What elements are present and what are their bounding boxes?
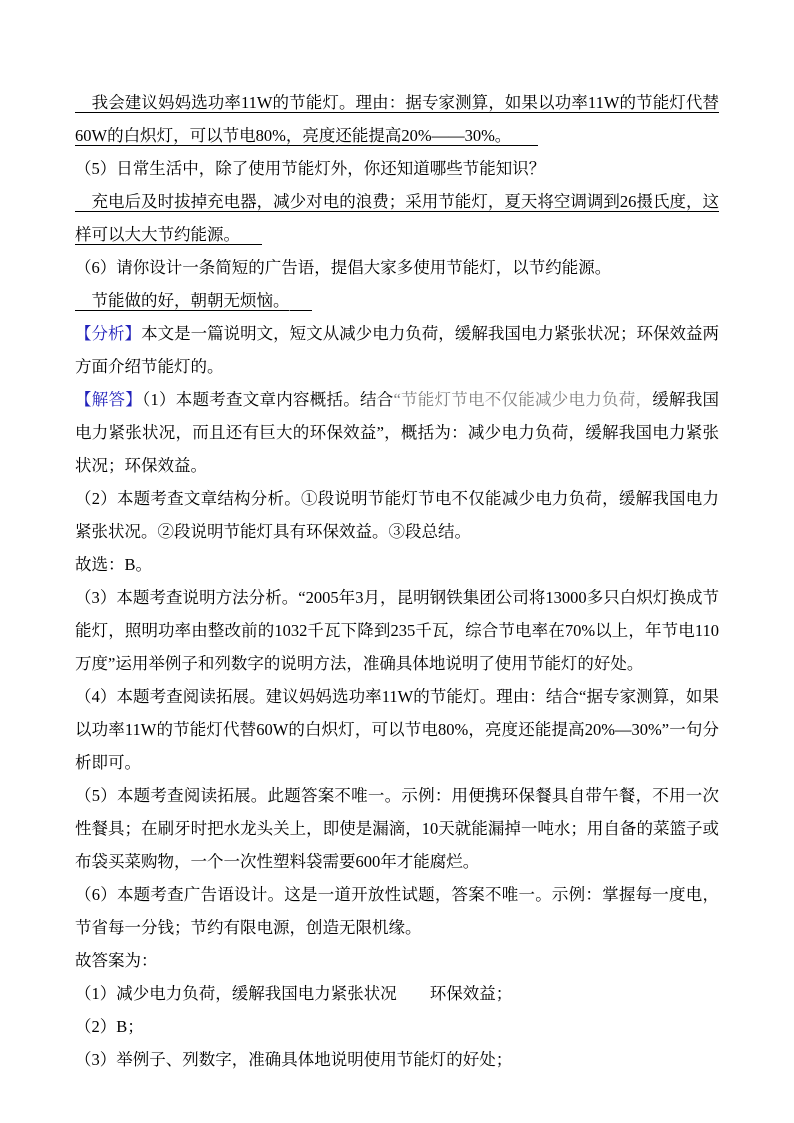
fill-in-answer-power: 我会建议妈妈选功率11W的节能灯。理由：据专家测算，如果以功率11W的节能灯代替… <box>75 86 719 152</box>
document-page: 我会建议妈妈选功率11W的节能灯。理由：据专家测算，如果以功率11W的节能灯代替… <box>0 0 794 1123</box>
solution-paragraph-3: （3）本题考查说明方法分析。“2005年3月，昆明钢铁集团公司将13000多只白… <box>75 581 719 680</box>
analysis-text: 本文是一篇说明文，短文从减少电力负荷，缓解我国电力紧张状况；环保效益两方面介绍节… <box>75 324 719 376</box>
underline-tail <box>511 140 538 146</box>
question-6: （6）请你设计一条简短的广告语，提倡大家多使用节能灯，以节约能源。 <box>75 251 719 284</box>
solution-paragraph-5: （5）本题考查阅读拓展。此题答案不唯一。示例：用便携环保餐具自带午餐，不用一次性… <box>75 779 719 878</box>
question-5: （5）日常生活中，除了使用节能灯外，你还知道哪些节能知识？ <box>75 152 719 185</box>
solution-paragraph-4: （4）本题考查阅读拓展。建议妈妈选功率11W的节能灯。理由：结合“据专家测算，如… <box>75 680 719 779</box>
analysis-label: 【分析】 <box>75 324 141 343</box>
final-answer-3: （3）举例子、列数字，准确具体地说明使用节能灯的好处； <box>75 1043 719 1076</box>
fill-in-answer-power-text: 我会建议妈妈选功率11W的节能灯。理由：据专家测算，如果以功率11W的节能灯代替… <box>75 93 719 145</box>
solution-1-text-before: （1）本题考查文章内容概括。结合 <box>142 390 393 409</box>
solution-paragraph-1: 【解答】（1）本题考查文章内容概括。结合“节能灯节电不仅能减少电力负荷，缓解我国… <box>75 383 719 482</box>
solution-2-conclusion: 故选：B。 <box>75 548 719 581</box>
fill-in-answer-slogan-text: 节能做的好，朝朝无烦恼。 <box>75 291 290 310</box>
solution-paragraph-2: （2）本题考查文章结构分析。①段说明节能灯节电不仅能减少电力负荷，缓解我国电力紧… <box>75 482 719 548</box>
solution-label: 【解答】 <box>75 390 142 409</box>
final-answer-2: （2）B； <box>75 1010 719 1043</box>
final-answer-1: （1）减少电力负荷，缓解我国电力紧张状况 环保效益； <box>75 977 719 1010</box>
underline-tail <box>290 305 312 311</box>
fill-in-answer-tips: 充电后及时拔掉充电器，减少对电的浪费；采用节能灯，夏天将空调调到26摄氏度，这样… <box>75 185 719 251</box>
fill-in-answer-tips-text: 充电后及时拔掉充电器，减少对电的浪费；采用节能灯，夏天将空调调到26摄氏度，这样… <box>75 192 719 244</box>
solution-paragraph-6: （6）本题考查广告语设计。这是一道开放性试题，答案不唯一。示例：掌握每一度电，节… <box>75 878 719 944</box>
solution-1-quoted-gray-text: “节能灯节电不仅能减少电力负荷， <box>393 390 652 409</box>
fill-in-answer-slogan: 节能做的好，朝朝无烦恼。 <box>75 284 719 317</box>
final-answer-header: 故答案为： <box>75 944 719 977</box>
underline-tail <box>240 239 262 245</box>
analysis-paragraph: 【分析】本文是一篇说明文，短文从减少电力负荷，缓解我国电力紧张状况；环保效益两方… <box>75 317 719 383</box>
